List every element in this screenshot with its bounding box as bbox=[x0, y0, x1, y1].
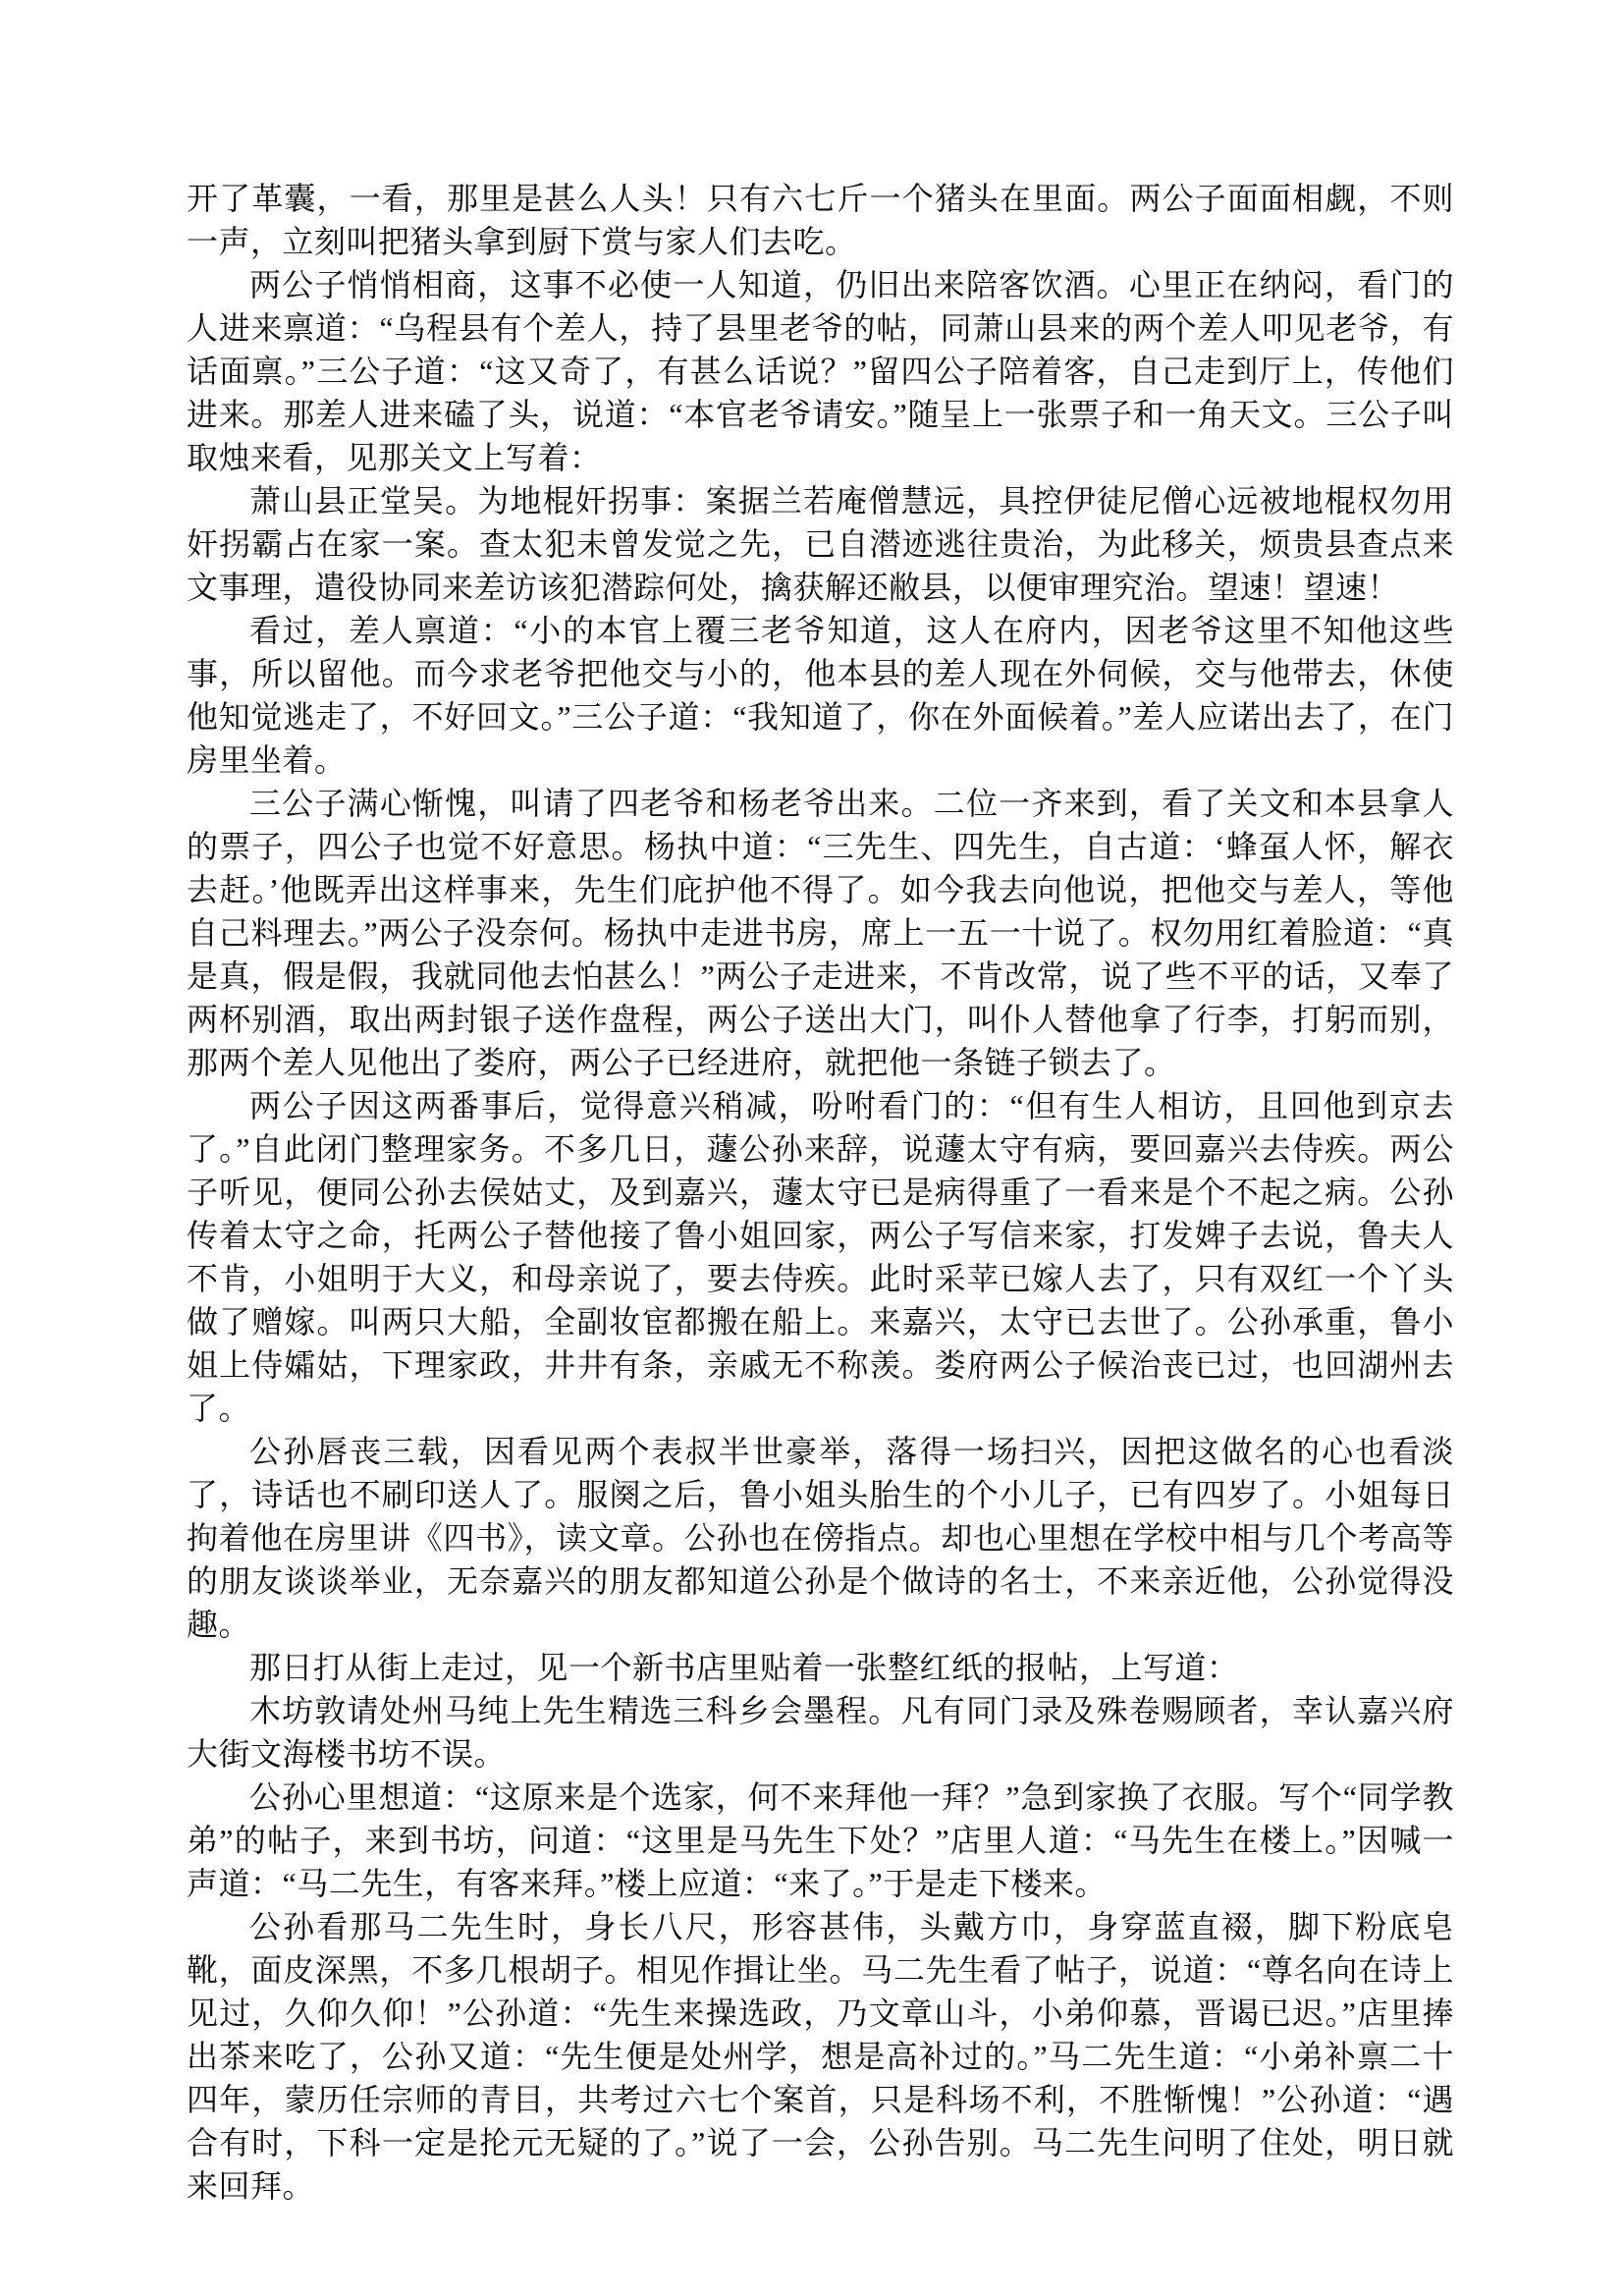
paragraph: 看过，差人禀道：“小的本官上覆三老爷知道，这人在府内，因老爷这里不知他这些事，所… bbox=[187, 609, 1454, 782]
paragraph: 公孙唇丧三载，因看见两个表叔半世豪举，落得一场扫兴，因把这做名的心也看淡了，诗话… bbox=[187, 1430, 1454, 1646]
paragraph: 开了革囊，一看，那里是甚么人头！只有六七斤一个猪头在里面。两公子面面相觑，不则一… bbox=[187, 177, 1454, 263]
paragraph: 两公子因这两番事后，觉得意兴稍减，吩咐看门的：“但有生人相访，且回他到京去了。”… bbox=[187, 1084, 1454, 1430]
paragraph: 公孙心里想道：“这原来是个选家，何不来拜他一拜？”急到家换了衣服。写个“同学教弟… bbox=[187, 1776, 1454, 1905]
paragraph: 两公子悄悄相商，这事不必使一人知道，仍旧出来陪客饮酒。心里正在纳闷，看门的人进来… bbox=[187, 263, 1454, 479]
paragraph: 萧山县正堂吴。为地棍奸拐事：案据兰若庵僧慧远，具控伊徒尼僧心远被地棍权勿用奸拐霸… bbox=[187, 479, 1454, 609]
document-page: 开了革囊，一看，那里是甚么人头！只有六七斤一个猪头在里面。两公子面面相觑，不则一… bbox=[0, 0, 1623, 2296]
paragraph: 木坊敦请处州马纯上先生精选三科乡会墨程。凡有同门录及殊卷赐顾者，幸认嘉兴府大街文… bbox=[187, 1689, 1454, 1776]
paragraph: 三公子满心惭愧，叫请了四老爷和杨老爷出来。二位一齐来到，看了关文和本县拿人的票子… bbox=[187, 782, 1454, 1084]
paragraph: 公孙看那马二先生时，身长八尺，形容甚伟，头戴方巾，身穿蓝直裰，脚下粉底皂靴，面皮… bbox=[187, 1905, 1454, 2208]
text-block: 开了革囊，一看，那里是甚么人头！只有六七斤一个猪头在里面。两公子面面相觑，不则一… bbox=[187, 177, 1454, 2208]
paragraph: 那日打从街上走过，见一个新书店里贴着一张整红纸的报帖，上写道： bbox=[187, 1646, 1454, 1689]
